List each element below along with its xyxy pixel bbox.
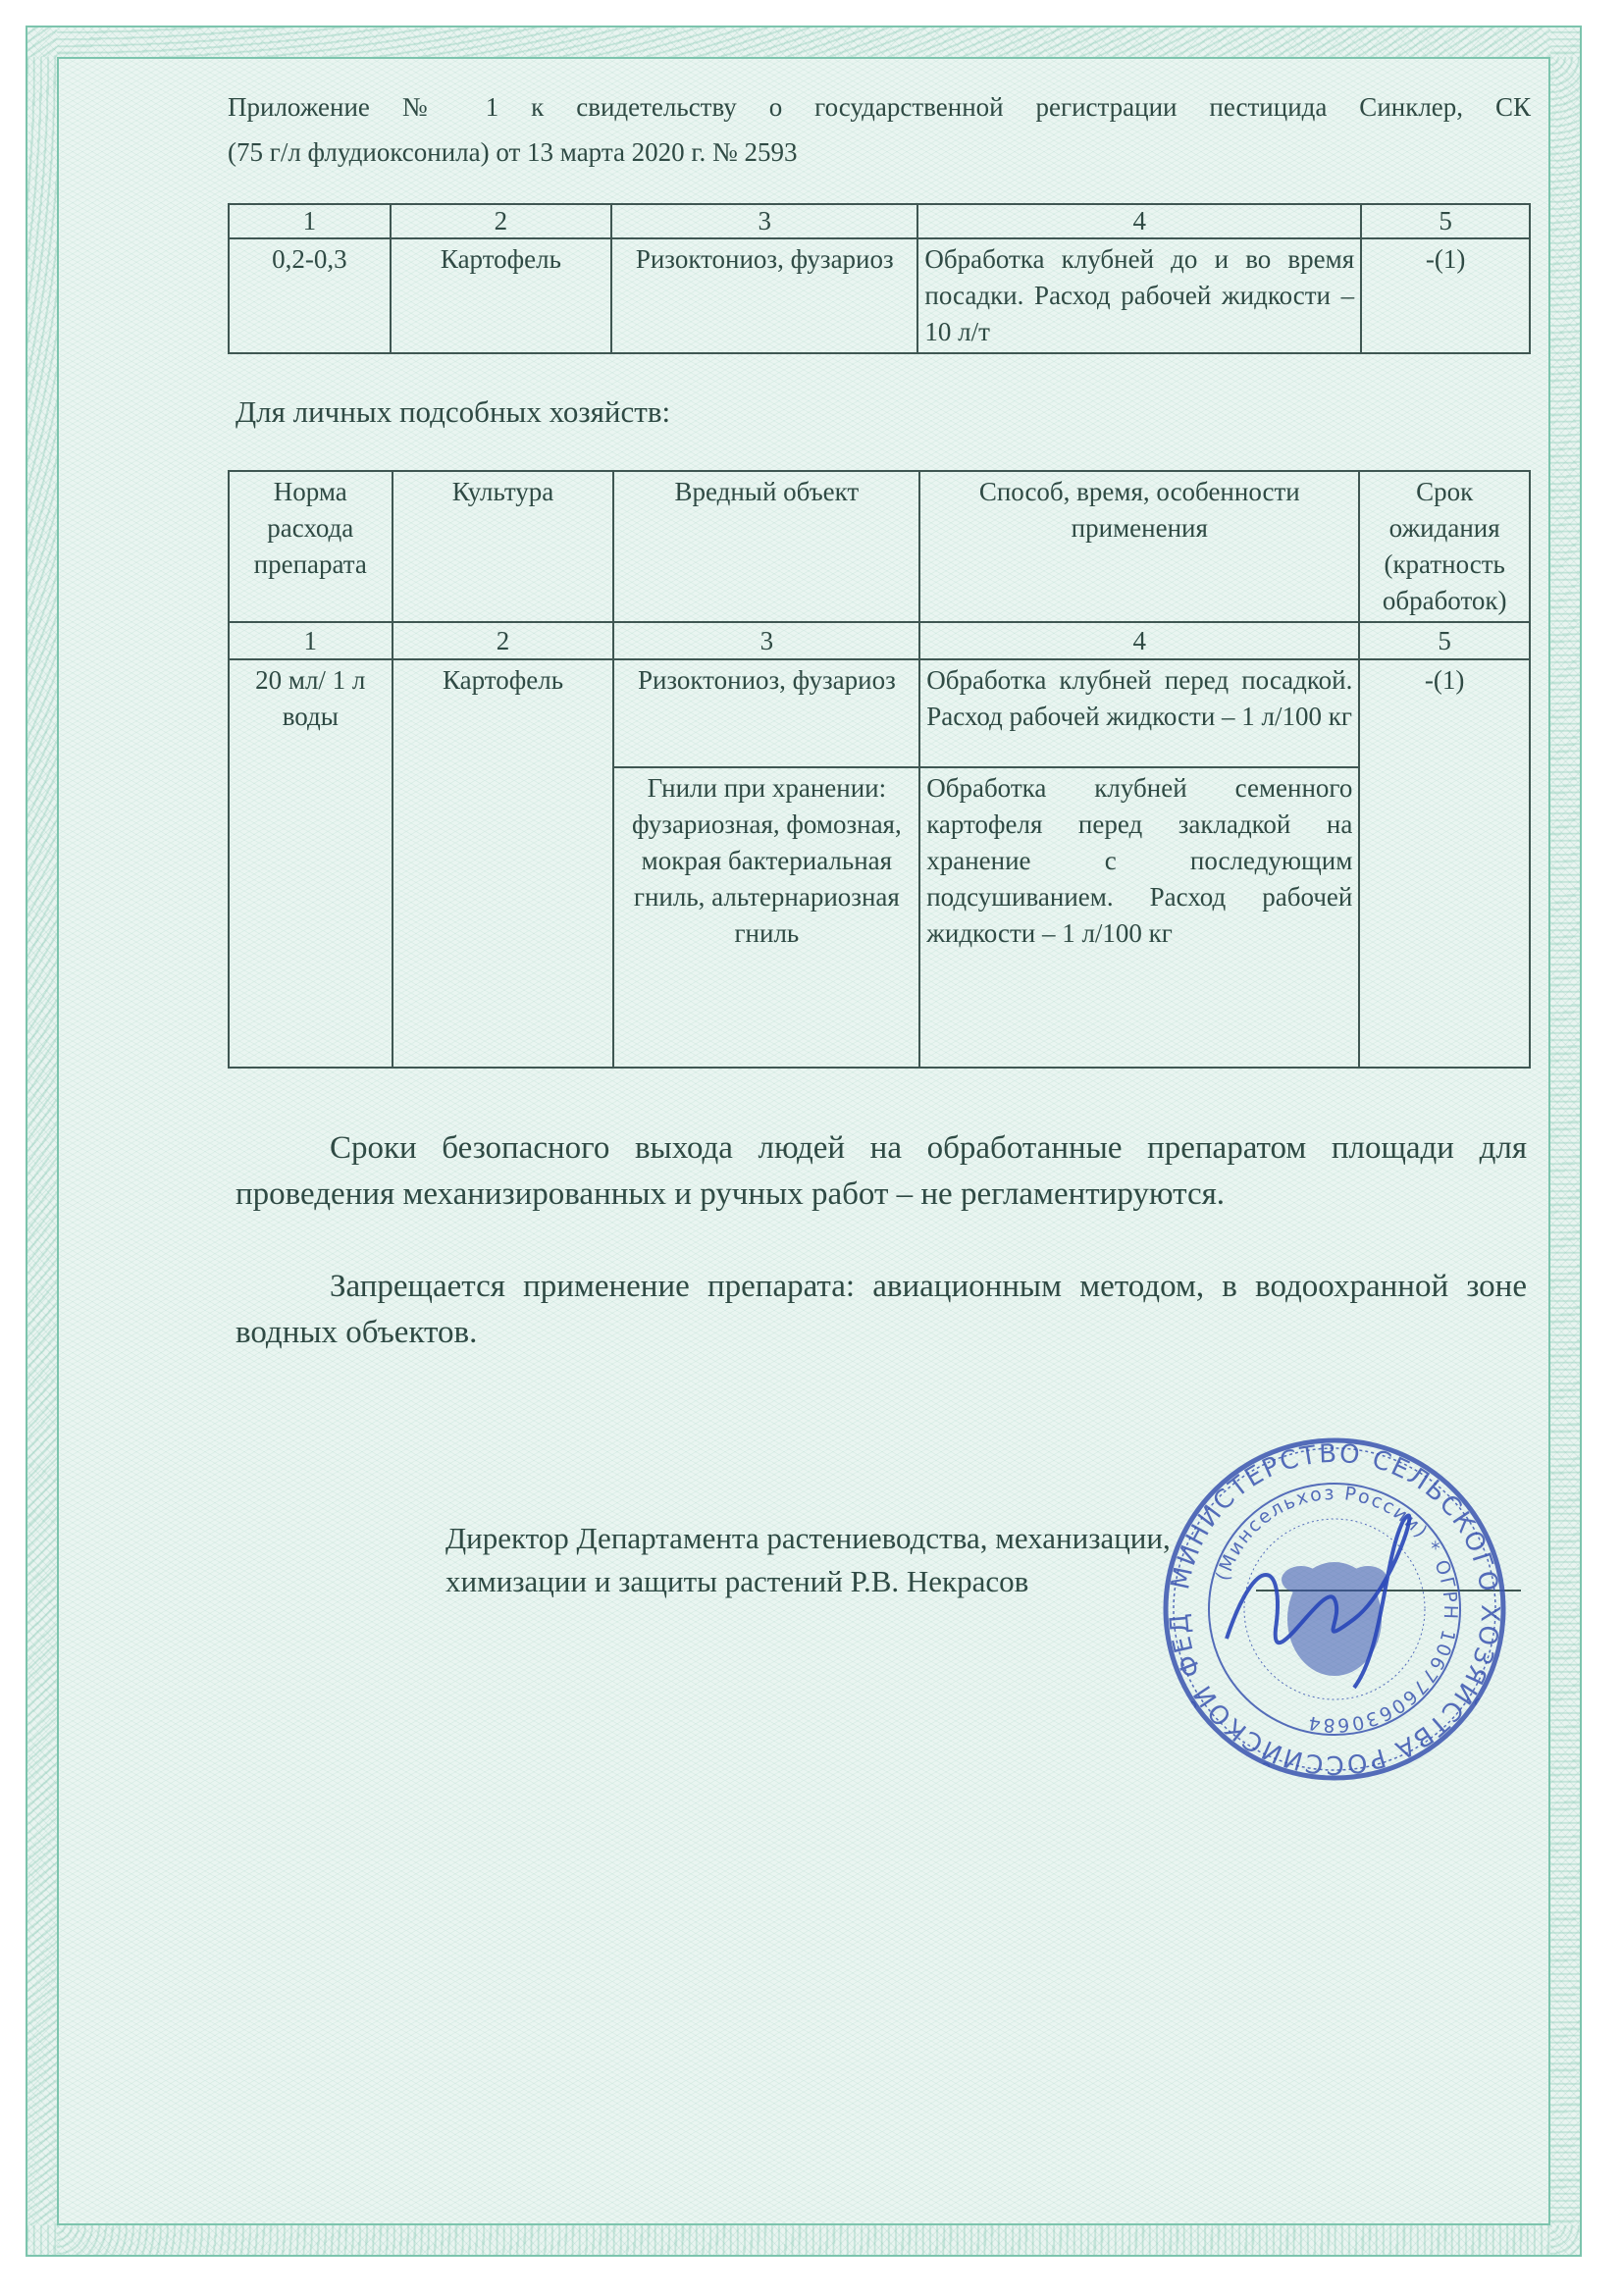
column-number: 4	[919, 622, 1359, 659]
header-row: Норма расхода препарата Культура Вредный…	[229, 471, 1530, 622]
header-line-2: (75 г/л флудиоксонила) от 13 марта 2020 …	[228, 130, 1531, 175]
column-number-row: 1 2 3 4 5	[229, 622, 1530, 659]
pest-cell: Ризоктониоз, фузариоз	[613, 659, 919, 767]
column-number-row: 1 2 3 4 5	[229, 204, 1530, 238]
column-number: 3	[613, 622, 919, 659]
column-header: Способ, время, особенности применения	[919, 471, 1359, 622]
column-number: 1	[229, 204, 391, 238]
rate-cell: 20 мл/ 1 л воды	[229, 659, 393, 1068]
method-cell: Обработка клубней перед посадкой. Расход…	[919, 659, 1359, 767]
table-row: 20 мл/ 1 л воды Картофель Ризоктониоз, ф…	[229, 659, 1530, 767]
column-header: Культура	[393, 471, 614, 622]
column-number: 5	[1361, 204, 1530, 238]
official-stamp-icon: МИНИСТЕРСТВО СЕЛЬСКОГО ХОЗЯЙСТВА РОССИЙС…	[1158, 1433, 1511, 1786]
waiting-period-cell: -(1)	[1361, 238, 1530, 353]
crop-cell: Картофель	[391, 238, 611, 353]
signature-block: Директор Департамента растениеводства, м…	[445, 1517, 1171, 1603]
table-row: 0,2-0,3 Картофель Ризоктониоз, фузариоз …	[229, 238, 1530, 353]
method-cell: Обработка клубней семенного картофеля пе…	[919, 767, 1359, 1068]
column-number: 3	[611, 204, 917, 238]
paragraph-prohibition: Запрещается применение препарата: авиаци…	[236, 1264, 1527, 1356]
pest-cell: Ризоктониоз, фузариоз	[611, 238, 917, 353]
column-number: 2	[393, 622, 614, 659]
waiting-period-cell: -(1)	[1359, 659, 1530, 1068]
application-table-private: Норма расхода препарата Культура Вредный…	[228, 470, 1531, 1069]
column-header: Норма расхода препарата	[229, 471, 393, 622]
crop-cell: Картофель	[393, 659, 614, 1068]
header-line-1: Приложение № 1 к свидетельству о государ…	[228, 84, 1531, 130]
method-cell: Обработка клубней до и во время посадки.…	[917, 238, 1361, 353]
paragraph-reentry-period: Сроки безопасного выхода людей на обрабо…	[236, 1125, 1527, 1218]
column-number: 2	[391, 204, 611, 238]
rate-cell: 0,2-0,3	[229, 238, 391, 353]
pest-cell: Гнили при хранении: фузариозная, фомозна…	[613, 767, 919, 1068]
document-header: Приложение № 1 к свидетельству о государ…	[228, 84, 1531, 175]
signature-line-1: Директор Департамента растениеводства, м…	[445, 1517, 1171, 1560]
application-table-main: 1 2 3 4 5 0,2-0,3 Картофель Ризоктониоз,…	[228, 203, 1531, 354]
column-header: Срок ожидания (кратность обработок)	[1359, 471, 1530, 622]
column-number: 5	[1359, 622, 1530, 659]
signature-line-2: химизации и защиты растений Р.В. Некрасо…	[445, 1560, 1171, 1603]
column-number: 4	[917, 204, 1361, 238]
column-header: Вредный объект	[613, 471, 919, 622]
section-title: Для личных подсобных хозяйств:	[236, 392, 670, 432]
column-number: 1	[229, 622, 393, 659]
